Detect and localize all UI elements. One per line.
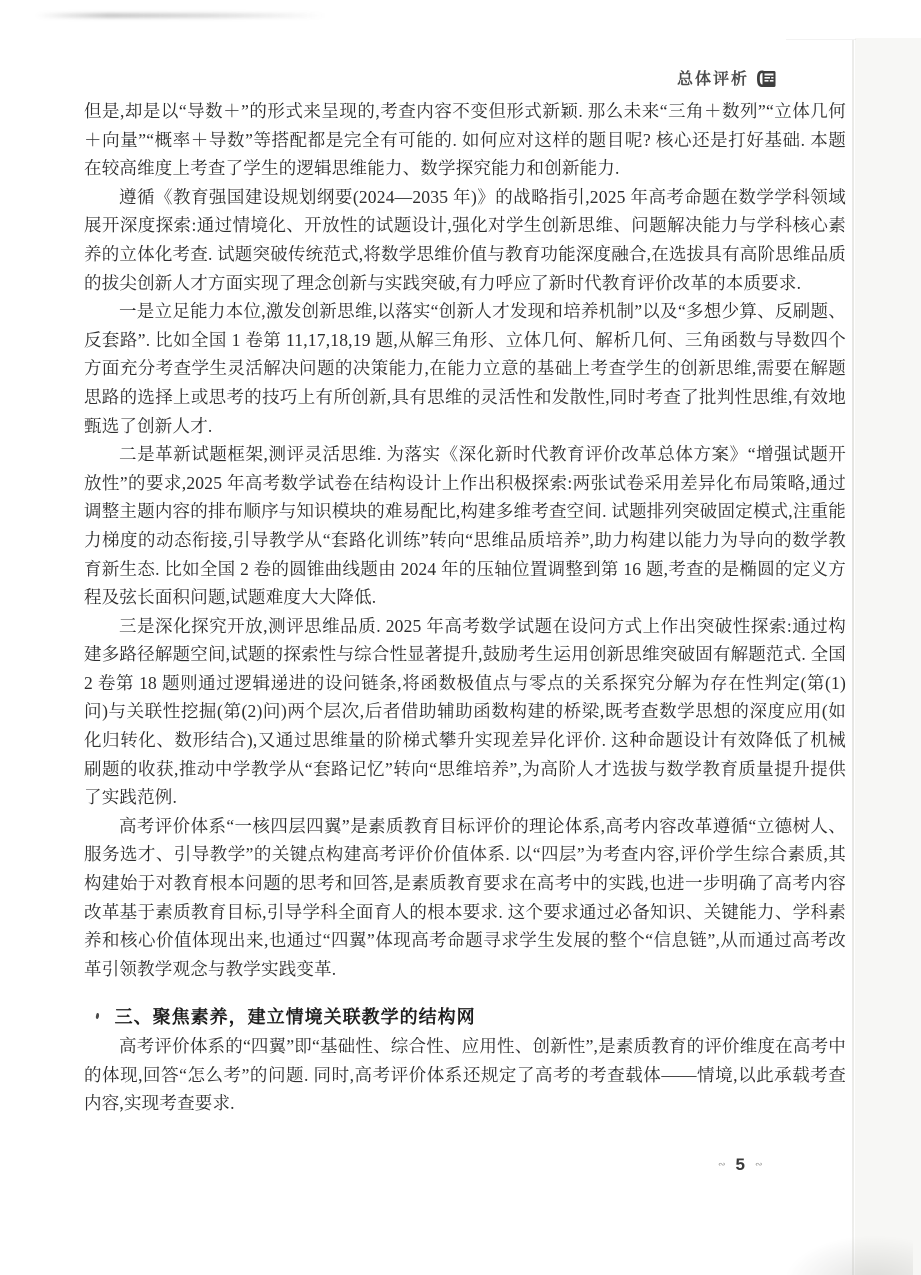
page-number-ornament-right: ∾ bbox=[755, 1160, 763, 1170]
paragraph-5: 三是深化探究开放,测评思维品质. 2025 年高考数学试题在设问方式上作出突破性… bbox=[84, 612, 846, 812]
paragraph-2: 遵循《教育强国建设规划纲要(2024—2035 年)》的战略指引,2025 年高… bbox=[84, 183, 846, 297]
scan-shadow-corner bbox=[783, 1235, 913, 1275]
book-icon bbox=[756, 69, 777, 89]
scan-line-top-right bbox=[786, 39, 856, 40]
running-head: 总体评析 bbox=[677, 66, 777, 89]
page-number-ornament-left: ∾ bbox=[718, 1160, 726, 1170]
page-number: 5 bbox=[736, 1155, 745, 1175]
paragraph-3: 一是立足能力本位,激发创新思维,以落实“创新人才发现和培养机制”以及“多想少算、… bbox=[84, 297, 846, 440]
paragraph-6: 高考评价体系“一核四层四翼”是素质教育目标评价的理论体系,高考内容改革遵循“立德… bbox=[84, 812, 846, 984]
scanned-book-page: 总体评析 但是,却是以“导数＋”的形式来呈现的,考查内容不变但形式新颖. 那么未… bbox=[0, 0, 921, 1275]
running-head-title: 总体评析 bbox=[677, 66, 749, 89]
scan-shadow-top bbox=[36, 13, 326, 18]
page-body: 但是,却是以“导数＋”的形式来呈现的,考查内容不变但形式新颖. 那么未来“三角＋… bbox=[84, 97, 846, 1118]
section-heading: 三、聚焦素养，建立情境关联教学的结构网 bbox=[84, 1003, 846, 1032]
paragraph-1: 但是,却是以“导数＋”的形式来呈现的,考查内容不变但形式新颖. 那么未来“三角＋… bbox=[84, 97, 846, 183]
closing-paragraph: 高考评价体系的“四翼”即“基础性、综合性、应用性、创新性”,是素质教育的评价维度… bbox=[84, 1032, 846, 1118]
page-footer: ∾ 5 ∾ bbox=[718, 1155, 763, 1175]
paragraph-4: 二是革新试题框架,测评灵活思维. 为落实《深化新时代教育评价改革总体方案》“增强… bbox=[84, 440, 846, 612]
page-edge-line bbox=[852, 40, 854, 1275]
page-edge-band bbox=[855, 38, 921, 1275]
